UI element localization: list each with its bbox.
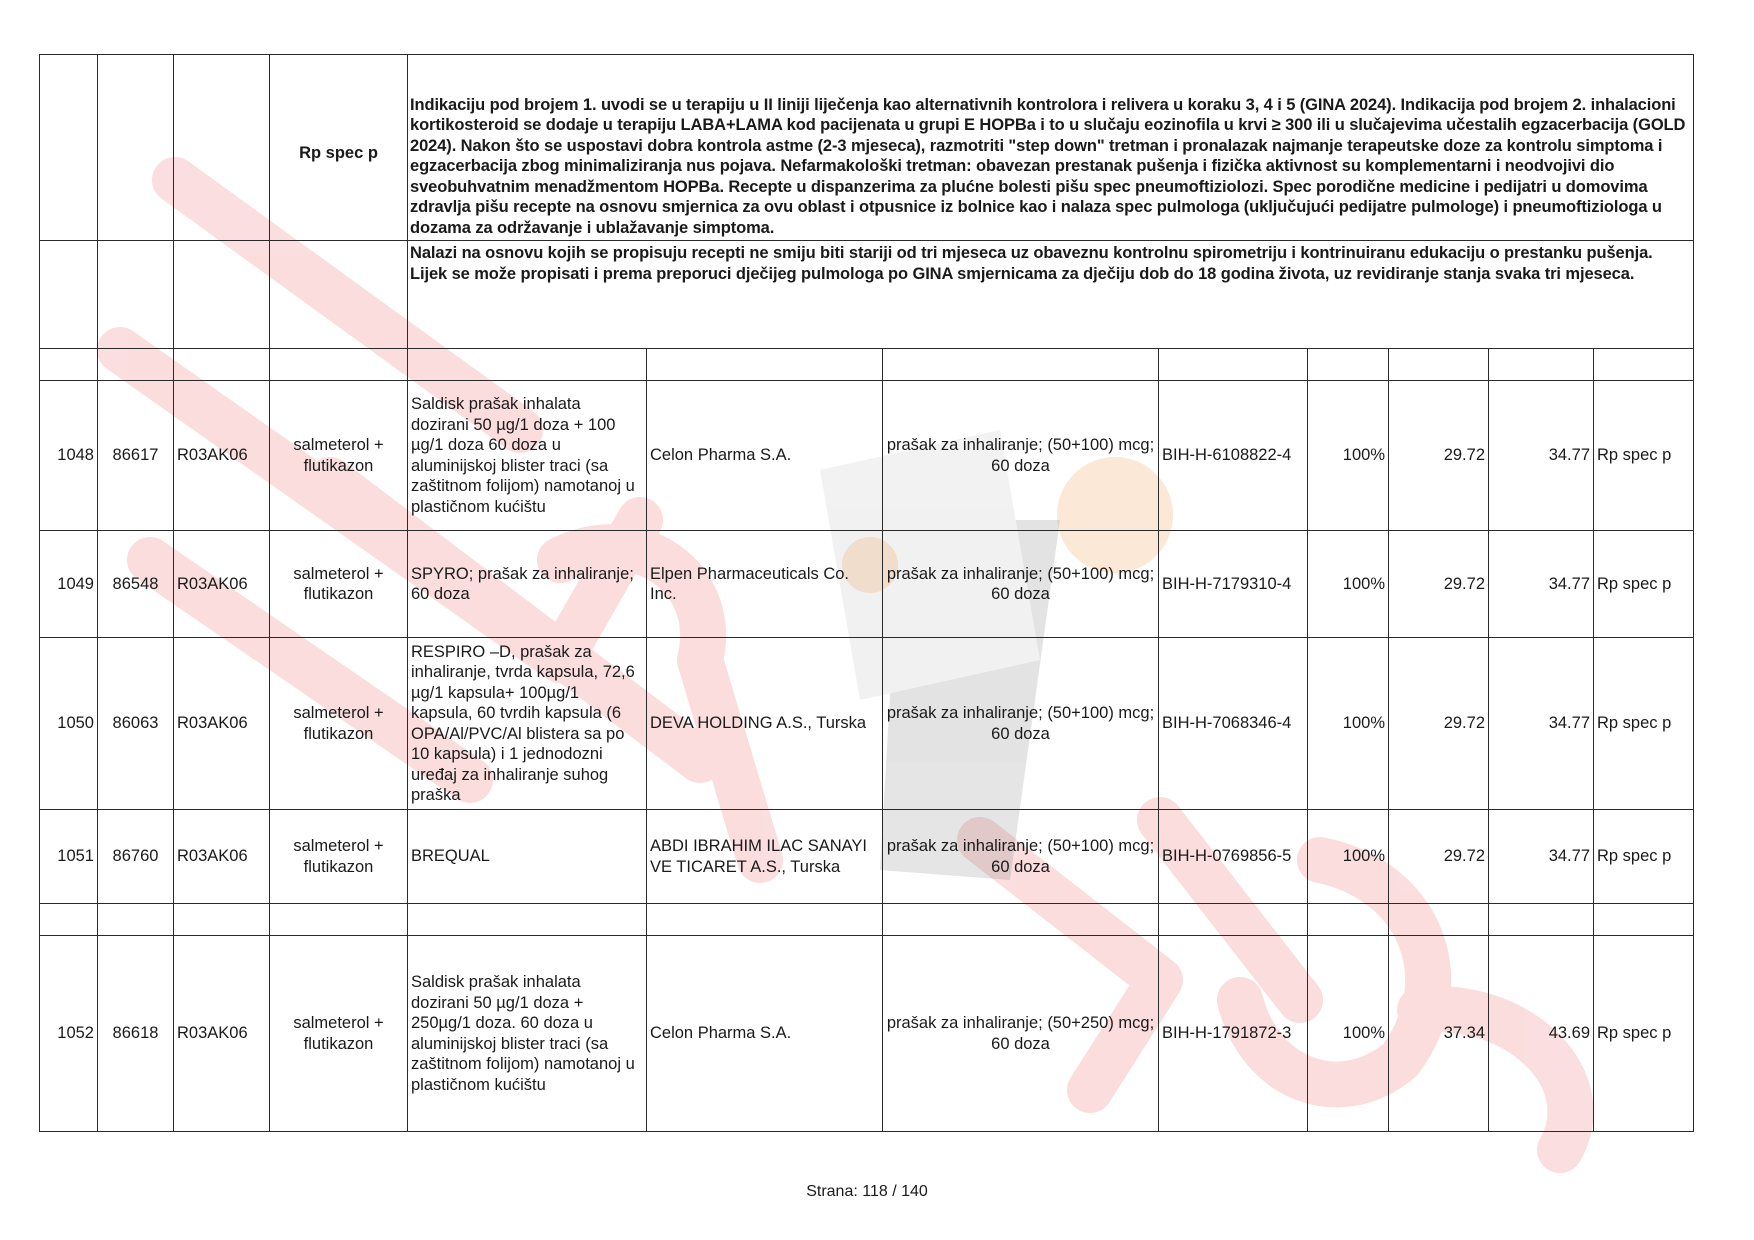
table-row: 1051 86760 R03AK06 salmeterol + flutikaz… xyxy=(40,810,1694,904)
retail-price: 34.77 xyxy=(1489,810,1594,904)
indication-note: Indikaciju pod brojem 1. uvodi se u tera… xyxy=(408,55,1694,241)
license-number: BIH-H-7068346-4 xyxy=(1159,638,1308,810)
pharmaceutical-form: prašak za inhaliranje; (50+100) mcg; 60 … xyxy=(883,810,1159,904)
table-row: 1050 86063 R03AK06 salmeterol + flutikaz… xyxy=(40,638,1694,810)
atc-code: R03AK06 xyxy=(174,936,270,1132)
manufacturer: Celon Pharma S.A. xyxy=(647,381,883,531)
findings-note: Nalazi na osnovu kojih se propisuju rece… xyxy=(410,243,1691,264)
prescription-regime: Rp spec p xyxy=(1594,936,1694,1132)
inn-name: salmeterol + flutikazon xyxy=(270,810,408,904)
pharmaceutical-form: prašak za inhaliranje; (50+100) mcg; 60 … xyxy=(883,531,1159,638)
retail-price: 34.77 xyxy=(1489,638,1594,810)
reference-price: 37.34 xyxy=(1389,936,1489,1132)
drug-list-table: Rp spec p Indikaciju pod brojem 1. uvodi… xyxy=(39,54,1694,1132)
spacer-row xyxy=(40,904,1694,936)
drug-code: 86063 xyxy=(98,638,174,810)
license-number: BIH-H-7179310-4 xyxy=(1159,531,1308,638)
table-row: 1049 86548 R03AK06 salmeterol + flutikaz… xyxy=(40,531,1694,638)
coverage-percent: 100% xyxy=(1308,638,1389,810)
prescription-regime: Rp spec p xyxy=(1594,638,1694,810)
coverage-percent: 100% xyxy=(1308,381,1389,531)
reference-price: 29.72 xyxy=(1389,381,1489,531)
rx-regime-label: Rp spec p xyxy=(270,55,408,241)
coverage-percent: 100% xyxy=(1308,936,1389,1132)
drug-name: SPYRO; prašak za inhaliranje; 60 doza xyxy=(408,531,647,638)
license-number: BIH-H-1791872-3 xyxy=(1159,936,1308,1132)
drug-name: RESPIRO –D, prašak za inhaliranje, tvrda… xyxy=(408,638,647,810)
row-number: 1049 xyxy=(40,531,98,638)
drug-name: BREQUAL xyxy=(408,810,647,904)
inn-name: salmeterol + flutikazon xyxy=(270,381,408,531)
atc-code: R03AK06 xyxy=(174,381,270,531)
pediatric-note: Lijek se može propisati i prema preporuc… xyxy=(410,264,1691,285)
manufacturer: ABDI IBRAHIM ILAC SANAYI VE TICARET A.S.… xyxy=(647,810,883,904)
note-row-findings: Nalazi na osnovu kojih se propisuju rece… xyxy=(40,241,1694,349)
note-row-indication: Rp spec p Indikaciju pod brojem 1. uvodi… xyxy=(40,55,1694,241)
atc-code: R03AK06 xyxy=(174,810,270,904)
row-number: 1048 xyxy=(40,381,98,531)
drug-code: 86760 xyxy=(98,810,174,904)
manufacturer: DEVA HOLDING A.S., Turska xyxy=(647,638,883,810)
license-number: BIH-H-6108822-4 xyxy=(1159,381,1308,531)
drug-code: 86548 xyxy=(98,531,174,638)
prescription-regime: Rp spec p xyxy=(1594,810,1694,904)
retail-price: 34.77 xyxy=(1489,381,1594,531)
drug-code: 86617 xyxy=(98,381,174,531)
prescription-regime: Rp spec p xyxy=(1594,531,1694,638)
atc-code: R03AK06 xyxy=(174,531,270,638)
pharmaceutical-form: prašak za inhaliranje; (50+100) mcg; 60 … xyxy=(883,381,1159,531)
atc-code: R03AK06 xyxy=(174,638,270,810)
spacer-row xyxy=(40,349,1694,381)
coverage-percent: 100% xyxy=(1308,810,1389,904)
drug-name: Saldisk prašak inhalata dozirani 50 µg/1… xyxy=(408,381,647,531)
row-number: 1052 xyxy=(40,936,98,1132)
table-row: 1052 86618 R03AK06 salmeterol + flutikaz… xyxy=(40,936,1694,1132)
manufacturer: Elpen Pharmaceuticals Co. Inc. xyxy=(647,531,883,638)
row-number: 1050 xyxy=(40,638,98,810)
license-number: BIH-H-0769856-5 xyxy=(1159,810,1308,904)
inn-name: salmeterol + flutikazon xyxy=(270,531,408,638)
reference-price: 29.72 xyxy=(1389,638,1489,810)
prescription-regime: Rp spec p xyxy=(1594,381,1694,531)
pharmaceutical-form: prašak za inhaliranje; (50+250) mcg; 60 … xyxy=(883,936,1159,1132)
inn-name: salmeterol + flutikazon xyxy=(270,638,408,810)
manufacturer: Celon Pharma S.A. xyxy=(647,936,883,1132)
row-number: 1051 xyxy=(40,810,98,904)
reference-price: 29.72 xyxy=(1389,810,1489,904)
retail-price: 43.69 xyxy=(1489,936,1594,1132)
reference-price: 29.72 xyxy=(1389,531,1489,638)
table-row: 1048 86617 R03AK06 salmeterol + flutikaz… xyxy=(40,381,1694,531)
inn-name: salmeterol + flutikazon xyxy=(270,936,408,1132)
retail-price: 34.77 xyxy=(1489,531,1594,638)
page-number: Strana: 118 / 140 xyxy=(0,1183,1734,1201)
coverage-percent: 100% xyxy=(1308,531,1389,638)
drug-code: 86618 xyxy=(98,936,174,1132)
drug-name: Saldisk prašak inhalata dozirani 50 µg/1… xyxy=(408,936,647,1132)
pharmaceutical-form: prašak za inhaliranje; (50+100) mcg; 60 … xyxy=(883,638,1159,810)
